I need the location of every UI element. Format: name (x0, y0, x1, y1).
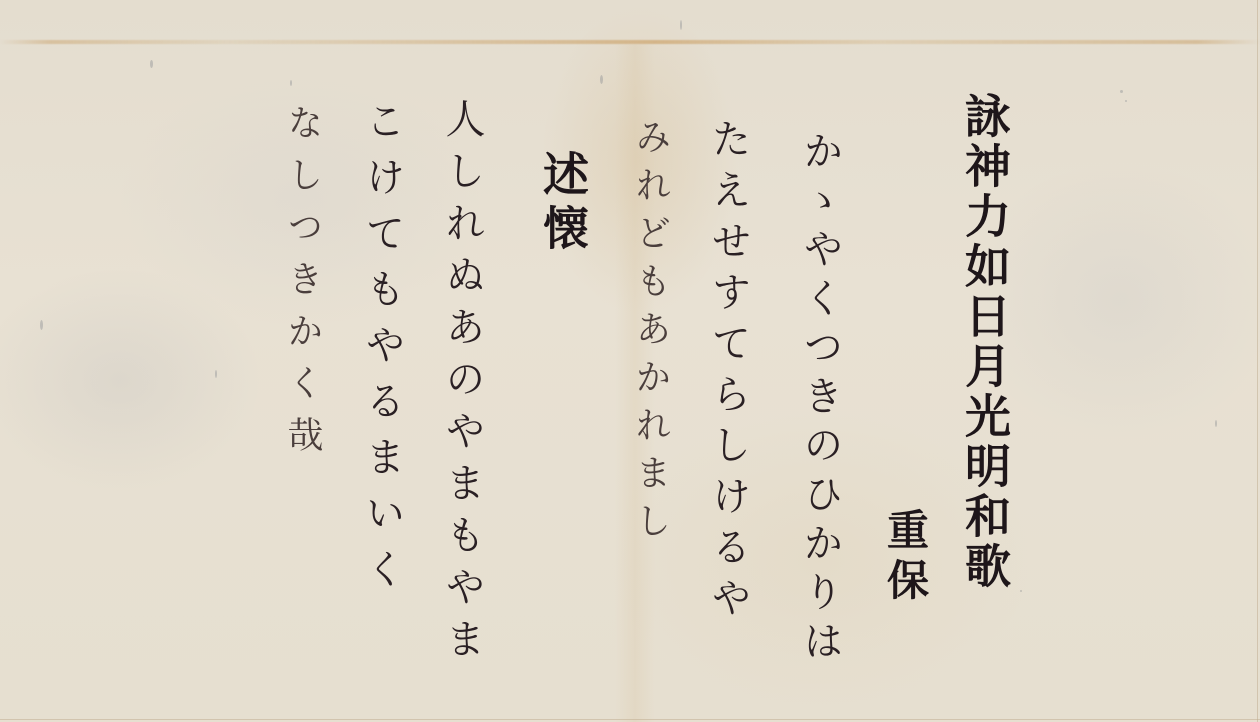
author-name: 重保 (884, 508, 926, 608)
poem-line: みれどもあかれまし (632, 118, 668, 550)
poem-line: かゝやくつきのひかりは (800, 130, 840, 669)
sheet-edge-right (1257, 0, 1258, 722)
paper-speckle (290, 80, 292, 86)
sheet-edge-bottom (0, 719, 1260, 720)
section-title: 述懐 (540, 150, 586, 258)
paper-speckle (1020, 590, 1022, 592)
poem-line: たえせすてらしけるや (708, 118, 748, 628)
paper-speckle (1215, 420, 1217, 427)
manuscript-sheet: 詠神力如日月光明和歌 重保 かゝやくつきのひかりは たえせすてらしけるや みれど… (0, 0, 1260, 722)
poem-line: 人しれぬあのやまもやま (442, 98, 482, 670)
paper-speckle (680, 20, 682, 30)
poem-title: 詠神力如日月光明和歌 (962, 92, 1008, 592)
paper-speckle (40, 320, 43, 330)
paper-speckle (215, 370, 217, 378)
paper-speckle (150, 60, 153, 68)
paper-speckle (600, 75, 603, 84)
poem-line: なしつきかく哉 (284, 104, 320, 468)
poem-line: こけてもやるまいく (362, 100, 402, 604)
paper-speckle (1125, 100, 1127, 102)
paper-speckle (1120, 90, 1123, 93)
